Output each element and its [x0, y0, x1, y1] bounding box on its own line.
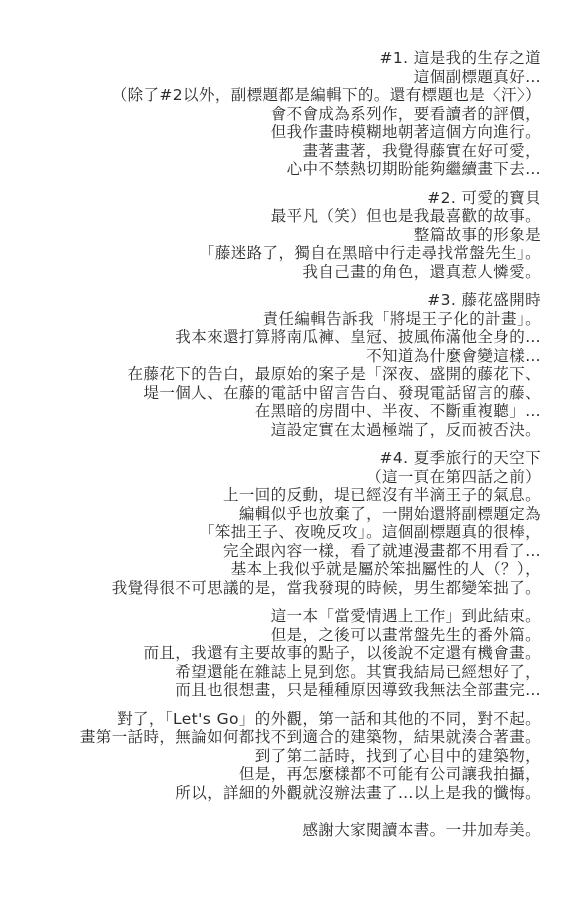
text-line: 最平凡（笑）但也是我最喜歡的故事。: [20, 207, 541, 226]
text-line: 「藤迷路了，獨自在黑暗中行走尋找常盤先生」。: [20, 244, 541, 263]
text-line: （除了#2以外，副標題都是編輯下的。還有標題也是〈汗〉）: [20, 86, 541, 105]
text-line: 畫著畫著，我覺得藤實在好可愛，: [20, 142, 541, 161]
text-line: 我覺得很不可思議的是，當我發現的時候，男生都變笨拙了。: [20, 579, 541, 598]
afterword-text-column: #1. 這是我的生存之道這個副標題真好…（除了#2以外，副標題都是編輯下的。還有…: [20, 49, 541, 840]
text-line: #2. 可愛的寶貝: [20, 189, 541, 208]
text-line: 整篇故事的形象是: [20, 226, 541, 245]
text-line: #1. 這是我的生存之道: [20, 49, 541, 68]
text-line: 但是，再怎麼樣都不可能有公司讓我拍攝，: [20, 765, 541, 784]
afterword-note-3: #3. 藤花盛開時責任編輯告訴我「將堤王子化的計畫」。我本來還打算將南瓜褲、皇冠…: [20, 291, 541, 439]
text-line: 心中不禁熱切期盼能夠繼續畫下去…: [20, 160, 541, 179]
text-line: 這個副標題真好…: [20, 68, 541, 87]
text-line: 我自己畫的角色，還真惹人憐愛。: [20, 263, 541, 282]
text-line: 「笨拙王子、夜晚反攻」。這個副標題真的很棒，: [20, 523, 541, 542]
text-line: 而且也很想畫，只是種種原因導致我無法全部畫完…: [20, 681, 541, 700]
text-line: 會不會成為系列作，要看讀者的評價，: [20, 105, 541, 124]
text-line: 到了第二話時，找到了心目中的建築物，: [20, 747, 541, 766]
afterword-note-4: #4. 夏季旅行的天空下（這一頁在第四話之前）上一回的反動，堤已經沒有半滴王子的…: [20, 449, 541, 597]
text-line: 上一回的反動，堤已經沒有半滴王子的氣息。: [20, 486, 541, 505]
afterword-note-2: #2. 可愛的寶貝最平凡（笑）但也是我最喜歡的故事。整篇故事的形象是「藤迷路了，…: [20, 189, 541, 282]
text-line: 希望還能在雜誌上見到您。其實我結局已經想好了，: [20, 663, 541, 682]
text-line: 這一本「當愛情遇上工作」到此結束。: [20, 607, 541, 626]
text-line: 編輯似乎也放棄了，一開始還將副標題定為: [20, 505, 541, 524]
text-line: （這一頁在第四話之前）: [20, 468, 541, 487]
text-line: 不知道為什麼會變這樣…: [20, 347, 541, 366]
afterword-closing: 這一本「當愛情遇上工作」到此結束。但是，之後可以畫常盤先生的番外篇。而且，我還有…: [20, 607, 541, 700]
text-line: 在黑暗的房間中、半夜、不斷重複聽」…: [20, 402, 541, 421]
text-line: 但是，之後可以畫常盤先生的番外篇。: [20, 626, 541, 645]
text-line: 我本來還打算將南瓜褲、皇冠、披風佈滿他全身的…: [20, 328, 541, 347]
afterword-apology: 對了，「Let's Go」的外觀，第一話和其他的不同，對不起。畫第一話時，無論如…: [20, 710, 541, 803]
text-line: 在藤花下的告白，最原始的案子是「深夜、盛開的藤花下、: [20, 365, 541, 384]
text-line: 責任編輯告訴我「將堤王子化的計畫」。: [20, 310, 541, 329]
afterword-note-1: #1. 這是我的生存之道這個副標題真好…（除了#2以外，副標題都是編輯下的。還有…: [20, 49, 541, 179]
text-line: 這設定實在太過極端了，反而被否決。: [20, 421, 541, 440]
text-line: 對了，「Let's Go」的外觀，第一話和其他的不同，對不起。: [20, 710, 541, 729]
text-line: 堤一個人、在藤的電話中留言告白、發現電話留言的藤、: [20, 384, 541, 403]
text-line: #3. 藤花盛開時: [20, 291, 541, 310]
text-line: 基本上我似乎就是屬於笨拙屬性的人（？），: [20, 560, 541, 579]
afterword-page: #1. 這是我的生存之道這個副標題真好…（除了#2以外，副標題都是編輯下的。還有…: [0, 0, 584, 900]
text-line: #4. 夏季旅行的天空下: [20, 449, 541, 468]
text-line: 但我作畫時模糊地朝著這個方向進行。: [20, 123, 541, 142]
signature: 感謝大家閱讀本書。一井加寿美。: [20, 821, 541, 840]
text-line: 而且，我還有主要故事的點子，以後說不定還有機會畫。: [20, 644, 541, 663]
text-line: 所以，詳細的外觀就沒辦法畫了…以上是我的懺悔。: [20, 784, 541, 803]
text-line: 完全跟內容一樣，看了就連漫畫都不用看了…: [20, 542, 541, 561]
text-line: 畫第一話時，無論如何都找不到適合的建築物，結果就湊合著畫。: [20, 728, 541, 747]
text-line: 感謝大家閱讀本書。一井加寿美。: [20, 821, 541, 840]
